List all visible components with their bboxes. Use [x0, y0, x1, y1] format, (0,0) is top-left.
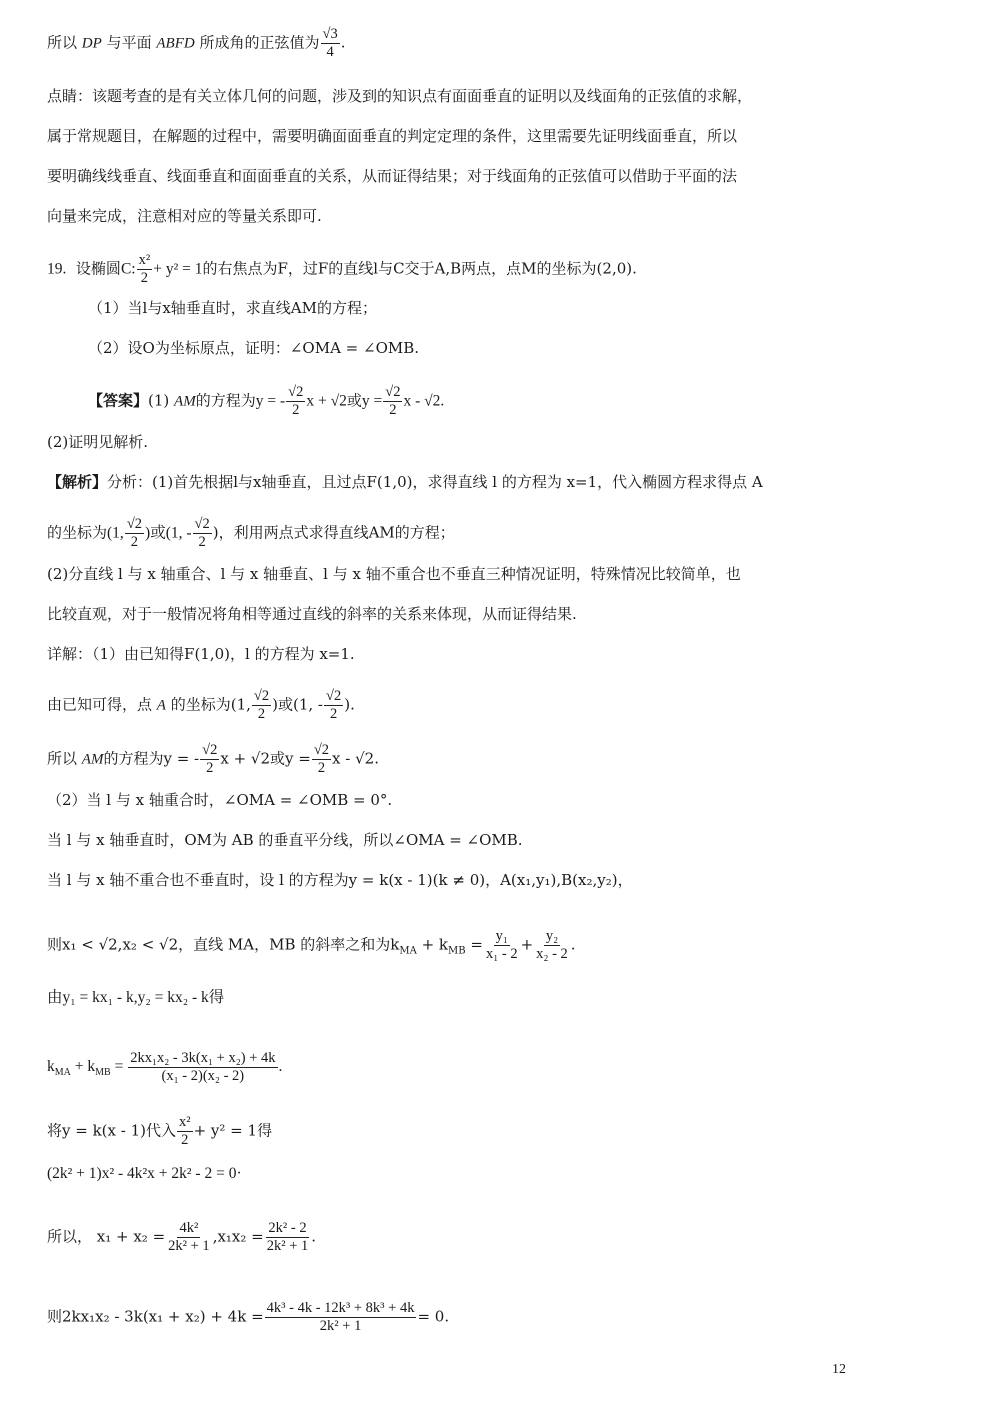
fraction-sqrt2-over-2: √22: [383, 384, 402, 419]
fraction-sqrt2-over-2: √22: [125, 516, 144, 551]
fraction: x²2: [177, 1114, 193, 1149]
fraction: 2k² - 22k² + 1: [265, 1220, 311, 1255]
answer-label: 【答案】: [88, 392, 148, 410]
detail-line-10: 将y = k(x - 1)代入x²2+ y² = 1得: [47, 1114, 272, 1149]
comment-line-3: 要明确线线垂直、线面垂直和面面垂直的关系，从而证得结果；对于线面角的正弦值可以借…: [47, 166, 737, 186]
detail-line-8: 由y₁ = kx₁ - k,y₂ = kx₂ - k得: [47, 988, 224, 1008]
analysis-line-3: (2)分直线 l 与 x 轴重合、l 与 x 轴垂直、l 与 x 轴不重合也不垂…: [47, 564, 741, 584]
question-number: 19.: [47, 261, 66, 278]
fraction-sqrt3-over-4: √34: [321, 26, 340, 61]
detail-line-7: 则x₁ < √2,x₂ < √2，直线 MA，MB 的斜率之和为kMA + kM…: [47, 928, 576, 963]
answer-part-2: (2)证明见解析.: [47, 432, 148, 452]
math-var: ABFD: [156, 36, 194, 52]
detail-line-2: 由已知可得，点 A 的坐标为(1,√22)或(1, -√22).: [47, 688, 355, 723]
detail-line-6: 当 l 与 x 轴不重合也不垂直时，设 l 的方程为y = k(x - 1)(k…: [47, 870, 633, 890]
fraction: 2kx₁x₂ - 3k(x₁ + x₂) + 4k(x₁ - 2)(x₂ - 2…: [128, 1050, 277, 1085]
fraction-sqrt2-over-2: √22: [312, 742, 331, 777]
fraction: 4k²2k² + 1: [166, 1220, 212, 1255]
detail-line-11: (2k² + 1)x² - 4k²x + 2k² - 2 = 0·: [47, 1164, 242, 1184]
fraction: y₁x₁ - 2: [484, 928, 520, 963]
fraction-sqrt2-over-2: √22: [324, 688, 343, 723]
detail-line-3: 所以 AM的方程为y = -√22x + √2或y =√22x - √2.: [47, 742, 379, 777]
detail-line-1: 详解：（1）由已知得F(1,0)，l 的方程为 x=1.: [47, 644, 355, 664]
comment-line-1: 点睛：该题考查的是有关立体几何的问题，涉及到的知识点有面面垂直的证明以及线面角的…: [47, 86, 752, 106]
fraction-sqrt2-over-2: √22: [193, 516, 212, 551]
text: 所成角的正弦值为: [199, 34, 319, 52]
fraction-sqrt2-over-2: √22: [200, 742, 219, 777]
fraction-sqrt2-over-2: √22: [286, 384, 305, 419]
detail-line-12: 所以， x₁ + x₂ =4k²2k² + 1,x₁x₂ =2k² - 22k²…: [47, 1220, 316, 1255]
detail-line-9: kMA + kMB = 2kx₁x₂ - 3k(x₁ + x₂) + 4k(x₁…: [47, 1050, 282, 1085]
answer-line: 【答案】(1) AM的方程为y = -√22x + √2或y =√22x - √…: [88, 384, 444, 419]
analysis-line-4: 比较直观，对于一般情况将角相等通过直线的斜率的关系来体现，从而证得结果.: [47, 604, 577, 624]
comment-line-2: 属于常规题目，在解题的过程中，需要明确面面垂直的判定定理的条件，这里需要先证明线…: [47, 126, 737, 146]
fraction: x²2: [137, 252, 153, 287]
text: 与平面: [107, 34, 152, 52]
text: 所以: [47, 34, 77, 52]
analysis-line-1: 【解析】分析：(1)首先根据l与x轴垂直，且过点F(1,0)，求得直线 l 的方…: [47, 472, 763, 492]
analysis-label: 【解析】: [47, 473, 107, 491]
comment-line-4: 向量来完成，注意相对应的等量关系即可.: [47, 206, 322, 226]
analysis-line-2: 的坐标为(1,√22)或(1, -√22)，利用两点式求得直线AM的方程；: [47, 516, 455, 551]
fraction: y₂x₂ - 2: [534, 928, 570, 963]
detail-line-13: 则2kx₁x₂ - 3k(x₁ + x₂) + 4k =4k³ - 4k - 1…: [47, 1300, 449, 1335]
fraction-sqrt2-over-2: √22: [252, 688, 271, 723]
detail-line-5: 当 l 与 x 轴垂直时，OM为 AB 的垂直平分线，所以∠OMA = ∠OMB…: [47, 830, 523, 850]
question-19-part-1: （1）当l与x轴垂直时，求直线AM的方程；: [88, 298, 377, 318]
detail-line-4: （2）当 l 与 x 轴重合时，∠OMA = ∠OMB = 0°.: [47, 790, 392, 810]
question-19-part-2: （2）设O为坐标原点，证明：∠OMA = ∠OMB.: [88, 338, 419, 358]
page-number: 12: [832, 1362, 846, 1378]
conclusion-line: 所以 DP 与平面 ABFD 所成角的正弦值为√34.: [47, 26, 346, 61]
math-var: DP: [82, 36, 102, 52]
question-19-stem: 19. 设椭圆C:x²2+ y² = 1的右焦点为F，过F的直线l与C交于A,B…: [47, 252, 637, 287]
fraction: 4k³ - 4k - 12k³ + 8k³ + 4k2k² + 1: [265, 1300, 417, 1335]
